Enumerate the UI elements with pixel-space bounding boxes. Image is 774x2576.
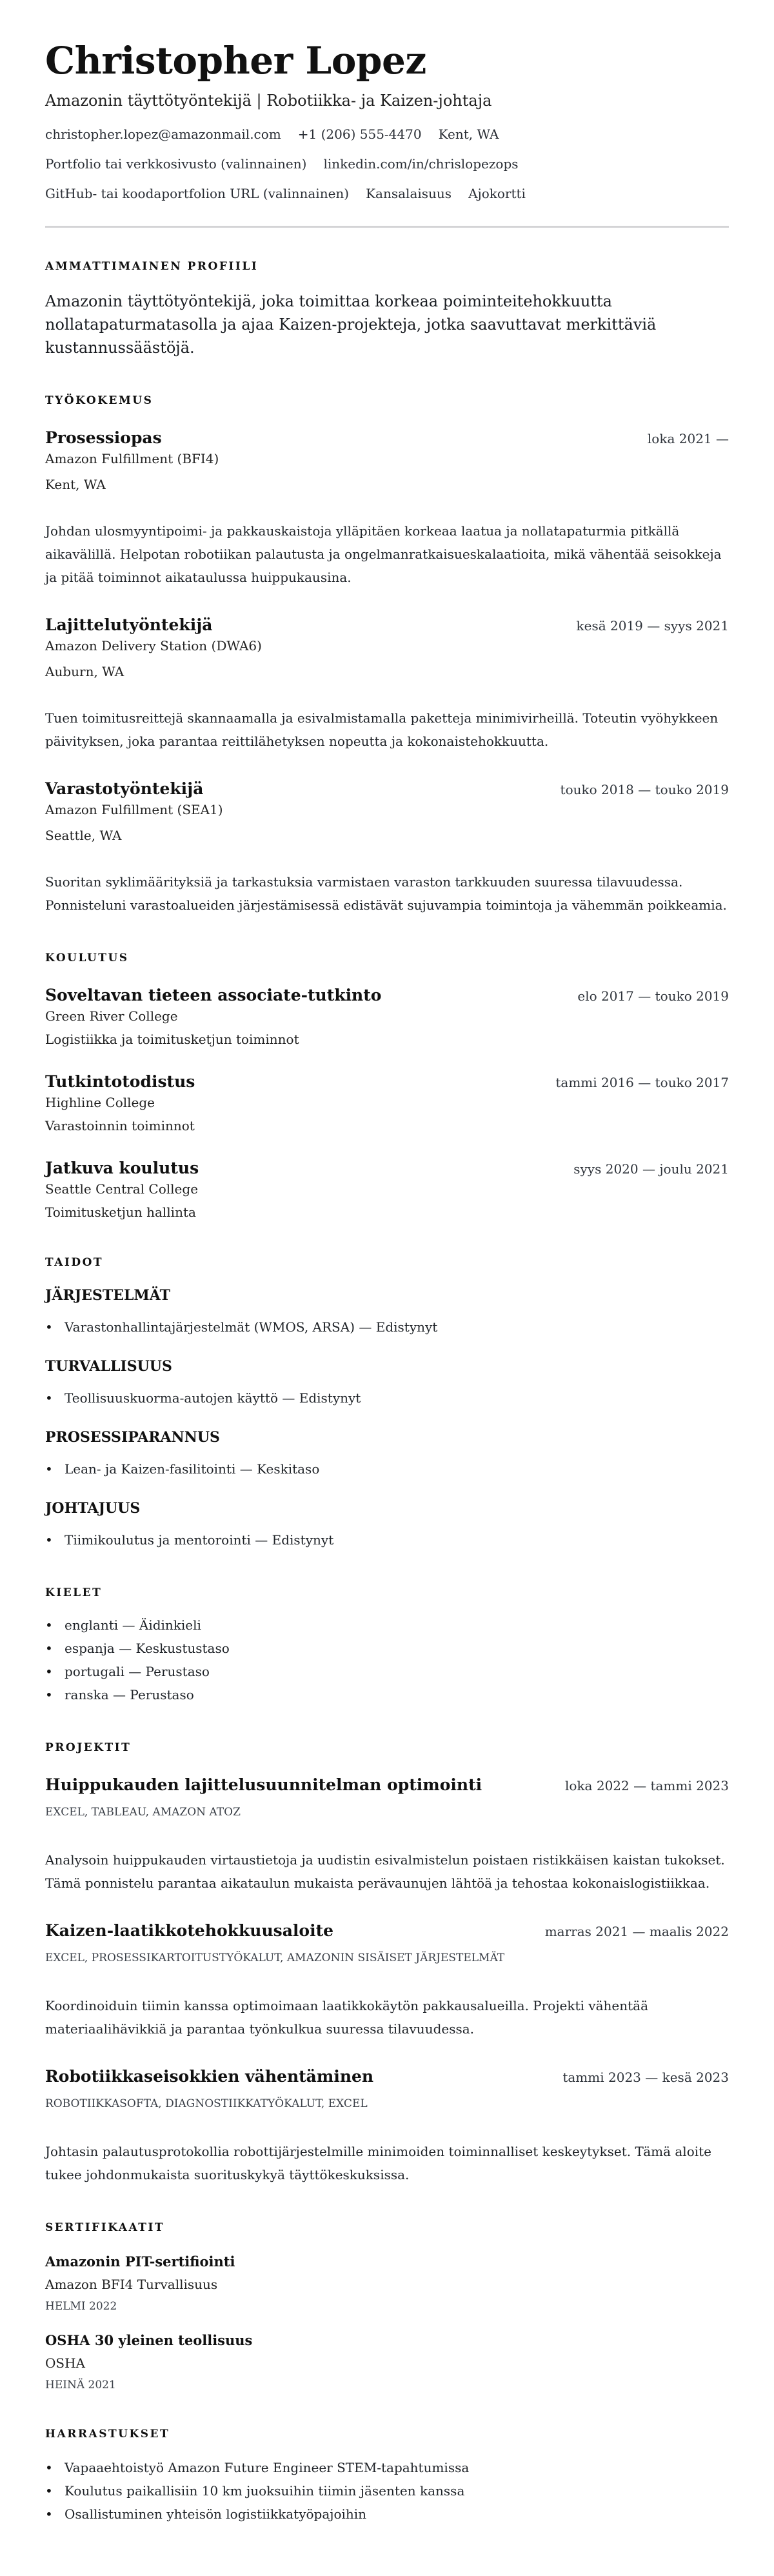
- certification-issuer: Amazon BFI4 Turvallisuus: [45, 2275, 729, 2293]
- entry-header: Kaizen-laatikkotehokkuusaloitemarras 202…: [45, 1921, 729, 1941]
- education-dates: syys 2020 — joulu 2021: [573, 1160, 729, 1178]
- skill-item: Teollisuuskuorma-autojen käyttö — Edisty…: [45, 1386, 729, 1410]
- section-education: KOULUTUS Soveltavan tieteen associate-tu…: [45, 950, 729, 1221]
- contact-linkedin[interactable]: linkedin.com/in/chrislopezops: [323, 156, 518, 172]
- certification-entry: OSHA 30 yleinen teollisuusOSHAHEINÄ 2021: [45, 2331, 729, 2393]
- project-technologies: EXCEL, PROSESSIKARTOITUSTYÖKALUT, AMAZON…: [45, 1950, 729, 1966]
- certification-name: OSHA 30 yleinen teollisuus: [45, 2331, 729, 2350]
- section-title-profile: AMMATTIMAINEN PROFIILI: [45, 259, 729, 274]
- job-employer: Amazon Delivery Station (DWA6): [45, 637, 729, 655]
- project-description: Analysoin huippukauden virtaustietoja ja…: [45, 1848, 729, 1895]
- section-title-languages: KIELET: [45, 1585, 729, 1601]
- section-title-experience: TYÖKOKEMUS: [45, 393, 729, 408]
- project-name: Huippukauden lajittelusuunnitelman optim…: [45, 1775, 482, 1795]
- entry-header: Jatkuva koulutussyys 2020 — joulu 2021: [45, 1158, 729, 1179]
- certification-date: HEINÄ 2021: [45, 2377, 729, 2393]
- project-description: Johtasin palautusprotokollia robottijärj…: [45, 2140, 729, 2186]
- contact-citizenship: Kansalaisuus: [366, 186, 451, 201]
- degree-title: Soveltavan tieteen associate-tutkinto: [45, 985, 381, 1006]
- project-name: Kaizen-laatikkotehokkuusaloite: [45, 1921, 333, 1941]
- study-field: Toimitusketjun hallinta: [45, 1203, 729, 1221]
- degree-title: Tutkintotodistus: [45, 1072, 195, 1092]
- hobby-item: Vapaaehtoistyö Amazon Future Engineer ST…: [45, 2456, 729, 2479]
- job-location: Auburn, WA: [45, 663, 729, 681]
- project-name: Robotiikkaseisokkien vähentäminen: [45, 2066, 373, 2087]
- entry-header: Lajittelutyöntekijäkesä 2019 — syys 2021: [45, 615, 729, 635]
- language-list: englanti — Äidinkieliespanja — Keskustus…: [45, 1613, 729, 1706]
- skill-item: Varastonhallintajärjestelmät (WMOS, ARSA…: [45, 1315, 729, 1339]
- job-location: Seattle, WA: [45, 826, 729, 844]
- project-description: Koordinoiduin tiimin kanssa optimoimaan …: [45, 1994, 729, 2041]
- section-title-certifications: SERTIFIKAATIT: [45, 2220, 729, 2235]
- entry-header: Robotiikkaseisokkien vähentäminentammi 2…: [45, 2066, 729, 2087]
- contact-email[interactable]: christopher.lopez@amazonmail.com: [45, 126, 281, 142]
- section-experience: TYÖKOKEMUS Prosessiopasloka 2021 —Amazon…: [45, 393, 729, 917]
- section-skills: TAIDOT JÄRJESTELMÄTVarastonhallintajärje…: [45, 1255, 729, 1552]
- section-title-hobbies: HARRASTUKSET: [45, 2426, 729, 2442]
- education-dates: tammi 2016 — touko 2017: [555, 1073, 729, 1092]
- skill-list: Varastonhallintajärjestelmät (WMOS, ARSA…: [45, 1315, 729, 1339]
- entry-header: Varastotyöntekijätouko 2018 — touko 2019: [45, 779, 729, 799]
- education-entry: Tutkintotodistustammi 2016 — touko 2017H…: [45, 1072, 729, 1135]
- section-projects: PROJEKTIT Huippukauden lajittelusuunnite…: [45, 1740, 729, 2186]
- job-employer: Amazon Fulfillment (BFI4): [45, 450, 729, 468]
- project-entry: Kaizen-laatikkotehokkuusaloitemarras 202…: [45, 1921, 729, 2041]
- job-dates: kesä 2019 — syys 2021: [577, 617, 729, 635]
- certification-issuer: OSHA: [45, 2354, 729, 2372]
- experience-entry: Prosessiopasloka 2021 —Amazon Fulfillmen…: [45, 428, 729, 589]
- education-entry: Jatkuva koulutussyys 2020 — joulu 2021Se…: [45, 1158, 729, 1221]
- job-location: Kent, WA: [45, 475, 729, 494]
- language-item: portugali — Perustaso: [45, 1660, 729, 1683]
- job-title: Lajittelutyöntekijä: [45, 615, 212, 635]
- project-dates: marras 2021 — maalis 2022: [545, 1922, 729, 1941]
- project-technologies: EXCEL, TABLEAU, AMAZON ATOZ: [45, 1804, 729, 1820]
- candidate-headline: Amazonin täyttötyöntekijä | Robotiikka- …: [45, 90, 729, 111]
- section-languages: KIELET englanti — Äidinkieliespanja — Ke…: [45, 1585, 729, 1706]
- project-entry: Huippukauden lajittelusuunnitelman optim…: [45, 1775, 729, 1895]
- experience-entry: Lajittelutyöntekijäkesä 2019 — syys 2021…: [45, 615, 729, 753]
- job-title: Varastotyöntekijä: [45, 779, 203, 799]
- contact-github[interactable]: GitHub- tai koodaportfolion URL (valinna…: [45, 186, 349, 201]
- certification-name: Amazonin PIT-sertifiointi: [45, 2252, 729, 2271]
- contact-location: Kent, WA: [439, 126, 499, 142]
- project-dates: tammi 2023 — kesä 2023: [562, 2068, 729, 2086]
- entry-header: Prosessiopasloka 2021 —: [45, 428, 729, 448]
- job-employer: Amazon Fulfillment (SEA1): [45, 801, 729, 819]
- skill-category-title: TURVALLISUUS: [45, 1357, 729, 1376]
- skill-item: Tiimikoulutus ja mentorointi — Edistynyt: [45, 1528, 729, 1552]
- entry-header: Soveltavan tieteen associate-tutkintoelo…: [45, 985, 729, 1006]
- skill-list: Tiimikoulutus ja mentorointi — Edistynyt: [45, 1528, 729, 1552]
- entry-header: Tutkintotodistustammi 2016 — touko 2017: [45, 1072, 729, 1092]
- hobby-item: Osallistuminen yhteisön logistiikkatyöpa…: [45, 2502, 729, 2526]
- candidate-name: Christopher Lopez: [45, 37, 729, 84]
- contact-row-extra: GitHub- tai koodaportfolion URL (valinna…: [45, 185, 729, 203]
- skill-item: Lean- ja Kaizen-fasilitointi — Keskitaso: [45, 1457, 729, 1481]
- job-description: Suoritan syklimäärityksiä ja tarkastuksi…: [45, 870, 729, 917]
- job-title: Prosessiopas: [45, 428, 162, 448]
- school-name: Seattle Central College: [45, 1180, 729, 1198]
- language-item: ranska — Perustaso: [45, 1683, 729, 1706]
- school-name: Green River College: [45, 1007, 729, 1025]
- section-title-skills: TAIDOT: [45, 1255, 729, 1270]
- skill-category-title: JÄRJESTELMÄT: [45, 1286, 729, 1305]
- certification-date: HELMI 2022: [45, 2299, 729, 2314]
- hobby-list: Vapaaehtoistyö Amazon Future Engineer ST…: [45, 2456, 729, 2526]
- skill-list: Lean- ja Kaizen-fasilitointi — Keskitaso: [45, 1457, 729, 1481]
- section-hobbies: HARRASTUKSET Vapaaehtoistyö Amazon Futur…: [45, 2426, 729, 2526]
- language-item: espanja — Keskustustaso: [45, 1637, 729, 1660]
- contact-row-primary: christopher.lopez@amazonmail.com+1 (206)…: [45, 125, 729, 143]
- certification-entry: Amazonin PIT-sertifiointiAmazon BFI4 Tur…: [45, 2252, 729, 2314]
- profile-summary: Amazonin täyttötyöntekijä, joka toimitta…: [45, 290, 729, 359]
- job-dates: loka 2021 —: [648, 430, 729, 448]
- contact-row-links: Portfolio tai verkkosivusto (valinnainen…: [45, 155, 729, 173]
- job-description: Tuen toimitusreittejä skannaamalla ja es…: [45, 706, 729, 753]
- degree-title: Jatkuva koulutus: [45, 1158, 199, 1179]
- language-item: englanti — Äidinkieli: [45, 1613, 729, 1637]
- skill-category-title: PROSESSIPARANNUS: [45, 1428, 729, 1447]
- study-field: Varastoinnin toiminnot: [45, 1117, 729, 1135]
- job-description: Johdan ulosmyyntipoimi- ja pakkauskaisto…: [45, 519, 729, 589]
- contact-drivers-license: Ajokortti: [468, 186, 526, 201]
- school-name: Highline College: [45, 1093, 729, 1112]
- contact-portfolio[interactable]: Portfolio tai verkkosivusto (valinnainen…: [45, 156, 306, 172]
- resume-header: Christopher Lopez Amazonin täyttötyöntek…: [45, 37, 729, 228]
- section-title-projects: PROJEKTIT: [45, 1740, 729, 1755]
- contact-phone[interactable]: +1 (206) 555-4470: [298, 126, 422, 142]
- experience-entry: Varastotyöntekijätouko 2018 — touko 2019…: [45, 779, 729, 917]
- resume-page: Christopher Lopez Amazonin täyttötyöntek…: [0, 0, 774, 2564]
- project-entry: Robotiikkaseisokkien vähentäminentammi 2…: [45, 2066, 729, 2186]
- education-dates: elo 2017 — touko 2019: [577, 987, 729, 1005]
- project-technologies: ROBOTIIKKASOFTA, DIAGNOSTIIKKATYÖKALUT, …: [45, 2096, 729, 2112]
- section-title-education: KOULUTUS: [45, 950, 729, 966]
- section-profile: AMMATTIMAINEN PROFIILI Amazonin täyttöty…: [45, 259, 729, 359]
- job-dates: touko 2018 — touko 2019: [561, 781, 729, 799]
- skill-list: Teollisuuskuorma-autojen käyttö — Edisty…: [45, 1386, 729, 1410]
- hobby-item: Koulutus paikallisiin 10 km juoksuihin t…: [45, 2479, 729, 2502]
- education-entry: Soveltavan tieteen associate-tutkintoelo…: [45, 985, 729, 1048]
- section-certifications: SERTIFIKAATIT Amazonin PIT-sertifiointiA…: [45, 2220, 729, 2393]
- project-dates: loka 2022 — tammi 2023: [565, 1777, 729, 1795]
- study-field: Logistiikka ja toimitusketjun toiminnot: [45, 1030, 729, 1048]
- header-divider: [45, 226, 729, 228]
- skill-category-title: JOHTAJUUS: [45, 1499, 729, 1518]
- entry-header: Huippukauden lajittelusuunnitelman optim…: [45, 1775, 729, 1795]
